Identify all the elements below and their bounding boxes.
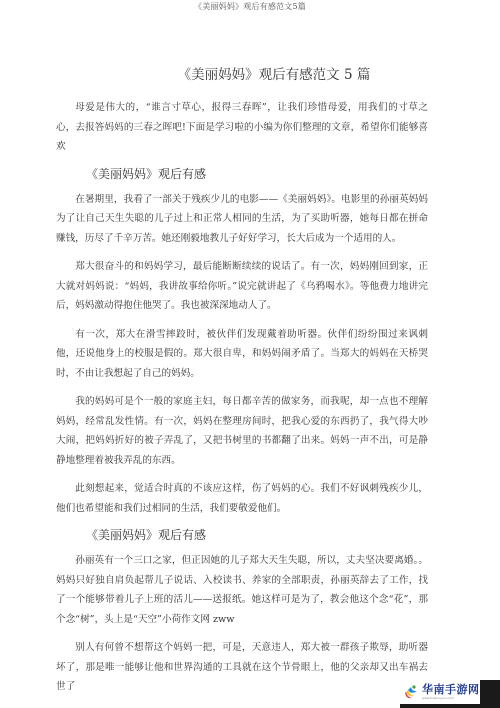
paragraph: 郑大很奋斗的和妈妈学习，最后能断断续续的说话了。有一次，妈妈刚回到家，正大就对妈… [56,257,428,316]
document-title: 《美丽妈妈》观后有感范文 5 篇 [0,63,500,83]
section-heading: 《美丽妈妈》观后有感 [56,166,428,182]
colorful-swoosh-logo-icon [403,684,419,700]
document-body: 母爱是伟大的，“谁言寸草心，报得三春晖”，让我们珍惜母爱，用我们的寸草之心，去报… [56,98,428,697]
watermark-subtitle: www.hnshouyou.com [422,696,480,700]
paragraph: 我的妈妈可是个一般的家庭主妇，每日都辛苦的做家务，而我呢，却一点也不理解妈妈，经… [56,392,428,470]
running-header: 《美丽妈妈》观后有感范文5篇 [0,1,500,12]
paragraph: 此刻想起来，觉适合时真的不该应这样，伤了妈妈的心。我们不好讽刺残疾少儿，他们也希… [56,479,428,518]
paragraph: 在暑期里，我看了一部关于残疾少儿的电影——《美丽妈妈》。电影里的孙丽英妈妈为了让… [56,190,428,249]
paragraph: 有一次，郑大在滑雪摔跤时，被伙伴们发现戴着助听器。伙伴们纷纷围过来讽刺他，还说他… [56,325,428,384]
watermark-badge: 华南手游网 www.hnshouyou.com [400,680,480,704]
watermark-logo: 华南手游网 www.hnshouyou.com [400,680,500,708]
paragraph: 孙丽英有一个三口之家，但正因她的儿子郑大天生失聪，所以，丈夫坚决要离婚。。妈妈只… [56,551,428,629]
watermark-name: 华南手游网 [422,684,480,696]
section-heading: 《美丽妈妈》观后有感 [56,527,428,543]
paragraph: 别人有何曾不想帮这个妈妈一把，可是，天意违人，郑大被一群孩子欺辱，助听器坏了，那… [56,638,428,697]
intro-paragraph: 母爱是伟大的，“谁言寸草心，报得三春晖”，让我们珍惜母爱，用我们的寸草之心，去报… [56,98,428,157]
